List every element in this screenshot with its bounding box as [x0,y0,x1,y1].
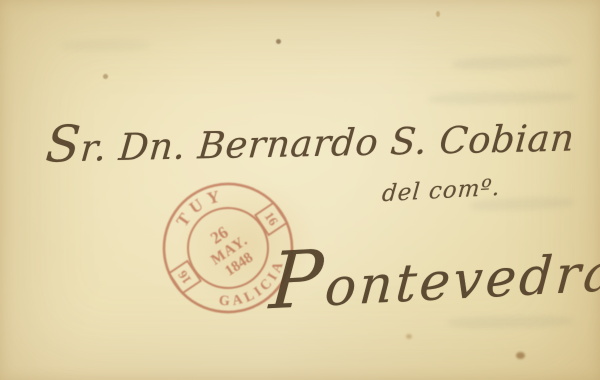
letter-cover: TUY GALICIA 26 MAY. 1848 16 16 Sr. Dn. B… [0,0,600,380]
address-second-line: del comº. [381,175,502,207]
bleedthrough-mark [60,40,150,51]
fox-spot [406,334,412,339]
fox-spot [516,352,525,359]
bleedthrough-mark [448,315,573,329]
fox-spot [103,74,108,79]
address-recipient-line: Sr. Dn. Bernardo S. Cobian [44,104,578,173]
fox-spot [276,39,281,44]
bleedthrough-mark [452,54,572,71]
fox-spot [436,11,440,17]
address-destination: Pontevedra [267,219,600,328]
bleedthrough-mark [428,91,576,106]
